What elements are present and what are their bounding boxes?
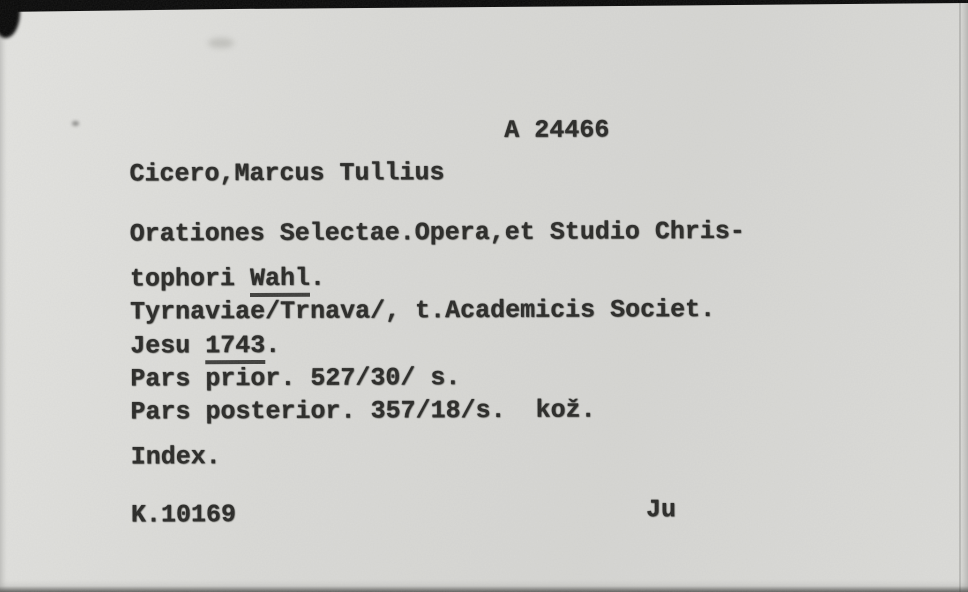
imprint-year-suffix: . (265, 331, 280, 360)
title-statement-line-1: Orationes Selectae.Opera,et Studio Chris… (130, 219, 745, 247)
title-statement-line-2: tophori Wahl. (130, 266, 325, 292)
underlined-editor-surname: Wahl (250, 264, 310, 297)
title-line-2-prefix: tophori (130, 264, 250, 294)
scanned-catalog-card: A 24466 Cicero,Marcus Tullius Orationes … (0, 0, 968, 592)
collation-pars-posterior: Pars posterior. 357/18/s. kož. (130, 398, 595, 425)
author-heading: Cicero,Marcus Tullius (129, 160, 444, 186)
cataloguer-initials: Ju (646, 497, 676, 522)
index-note: Index. (131, 444, 221, 469)
imprint-year-line: Jesu 1743. (130, 333, 280, 359)
typewritten-text-layer: A 24466 Cicero,Marcus Tullius Orationes … (0, 0, 968, 592)
accession-number: A 24466 (504, 117, 609, 142)
title-line-2-suffix: . (310, 264, 325, 293)
shelfmark: K.10169 (131, 502, 236, 527)
ink-speck-artifact (72, 121, 79, 126)
card-edge-crease (959, 0, 961, 592)
paper-smudge-artifact (208, 38, 234, 48)
imprint-year-prefix: Jesu (130, 331, 205, 360)
card-bottom-edge-shadow (0, 586, 968, 592)
collation-pars-prior: Pars prior. 527/30/ s. (130, 365, 460, 391)
imprint-place-publisher: Tyrnaviae/Trnava/, t.Academicis Societ. (130, 297, 715, 325)
underlined-publication-year: 1743 (205, 331, 265, 364)
